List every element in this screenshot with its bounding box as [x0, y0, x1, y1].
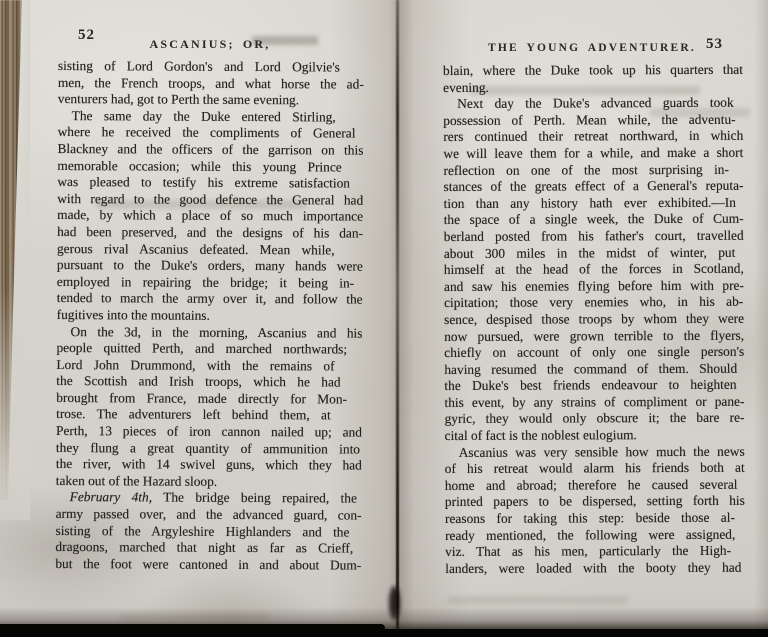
text-line: The same day the Duke entered Stirling,	[58, 108, 364, 126]
text-line: gerous rival Ascanius defeated. Mean whi…	[57, 241, 363, 259]
text-line: having resumed the command of them. Shou…	[444, 360, 744, 378]
text-line: taken out of the Hazard sloop.	[56, 473, 362, 491]
left-page-text: sisting of Lord Gordon's and Lord Ogilvi…	[55, 58, 364, 574]
text-line: the river, with 14 swivel guns, which th…	[56, 456, 362, 474]
text-line: himself at the head of the forces in Sco…	[444, 261, 744, 279]
text-line: home and abroad; therefore he caused sev…	[445, 477, 745, 495]
page-number-right: 53	[706, 36, 723, 53]
text-line: Ascanius was very sensible how much the …	[445, 443, 745, 461]
text-line: employed in repairing the bridge; it bei…	[57, 274, 363, 292]
page-stack-edge-fade	[0, 0, 30, 520]
text-line: dragoons, marched that night as far as C…	[55, 539, 361, 557]
text-line: ready mentioned, the following were assi…	[445, 526, 745, 544]
text-line: the space of a single week, the Duke of …	[444, 211, 744, 229]
text-line: about 300 miles in the midst of winter, …	[444, 244, 744, 262]
text-line: sence, despised those troops by whom the…	[444, 311, 744, 329]
text-line: of his retreat would alarm his friends b…	[445, 460, 745, 478]
running-header-left: ASCANIUS; OR,	[56, 37, 364, 52]
text-line: tended to march the army over it, and fo…	[57, 290, 363, 308]
text-line: but the foot were cantoned in and about …	[55, 556, 361, 574]
text-line: pursuant to the Duke's orders, many hand…	[57, 257, 363, 275]
text-line: landers, were loaded with the booty they…	[445, 559, 745, 577]
text-line: venturers had, got to Perth the same eve…	[58, 91, 364, 109]
text-line: we will leave them for a while, and make…	[443, 145, 743, 163]
text-line: had been preserved, and the designs of h…	[57, 224, 363, 242]
right-edge-shade	[754, 0, 768, 637]
text-line: chiefly on account of only one single pe…	[444, 344, 744, 362]
text-line: brought from France, made directly for M…	[56, 390, 362, 408]
text-line: reasons for taking this step: beside tho…	[445, 510, 745, 528]
text-line: tion than any history hath ever exhibite…	[444, 194, 744, 212]
text-line: reflection on one of the most surprising…	[443, 161, 743, 179]
text-line: Next day the Duke's advanced guards took	[443, 95, 743, 113]
text-line: stances of the greats effect of a Genera…	[444, 178, 744, 196]
text-line: they flung a great quantity of ammunitio…	[56, 440, 362, 458]
bleedthrough-ghost	[448, 596, 628, 604]
text-line: the Scottish and Irish troops, which he …	[56, 373, 362, 391]
text-line: and saw his enemies flying before him wi…	[444, 277, 744, 295]
text-line: trose. The adventurers left behind them,…	[56, 406, 362, 424]
text-line: possession of Perth. Mean while, the adv…	[443, 111, 743, 129]
text-line: with regard to the good defence the Gene…	[57, 191, 363, 209]
text-line: Blackney and the officers of the garriso…	[57, 141, 363, 159]
text-line: Perth, 13 pieces of iron cannon nailed u…	[56, 423, 362, 441]
text-line: evening.	[443, 78, 743, 96]
text-line: memorable occasion; while this young Pri…	[57, 158, 363, 176]
text-line: where he received the compliments of Gen…	[58, 124, 364, 142]
text-line: berland posted from his father's court, …	[444, 228, 744, 246]
text-line: blain, where the Duke took up his quarte…	[443, 62, 743, 80]
right-page-text: blain, where the Duke took up his quarte…	[443, 62, 745, 578]
gutter-line	[396, 0, 399, 631]
text-line: sisting of Lord Gordon's and Lord Ogilvi…	[58, 58, 364, 76]
text-line: rers continued their retreat northward, …	[443, 128, 743, 146]
text-line: army passed over, and the advanced guard…	[56, 506, 362, 524]
book-scan: 52 ASCANIUS; OR, sisting of Lord Gordon'…	[0, 0, 768, 637]
text-line: gyric, they would only obscure it; the b…	[445, 410, 745, 428]
text-line: people quitted Perth, and marched northw…	[56, 340, 362, 358]
text-line: this event, by any strains of compliment…	[444, 394, 744, 412]
text-line: the Duke's best friends endeavour to hei…	[444, 377, 744, 395]
text-line: was pleased to testify his extreme satis…	[57, 174, 363, 192]
text-line: cital of fact is the noblest eulogium.	[445, 427, 745, 445]
text-line: February 4th, The bridge being repaired,…	[56, 489, 362, 507]
text-line: now pursued, were grown terrible to the …	[444, 327, 744, 345]
text-line: fugitives into the mountains.	[57, 307, 363, 325]
text-line: made, by which a place of so much import…	[57, 207, 363, 225]
text-line: sisting of the Argyleshire Highlanders a…	[55, 523, 361, 541]
text-line: cipitation; those very enemies who, in h…	[444, 294, 744, 312]
text-line: On the 3d, in the morning, Ascanius and …	[57, 323, 363, 341]
text-line: men, the French troops, and what horse t…	[58, 75, 364, 93]
text-line: printed papers to be dispersed, setting …	[445, 493, 745, 511]
text-line: Lord John Drummond, with the remains of	[56, 357, 362, 375]
scanner-bed-strip-left	[0, 624, 385, 637]
running-header-right: THE YOUNG ADVENTURER.	[442, 42, 742, 54]
text-line: viz. That as his men, particularly the H…	[445, 543, 745, 561]
